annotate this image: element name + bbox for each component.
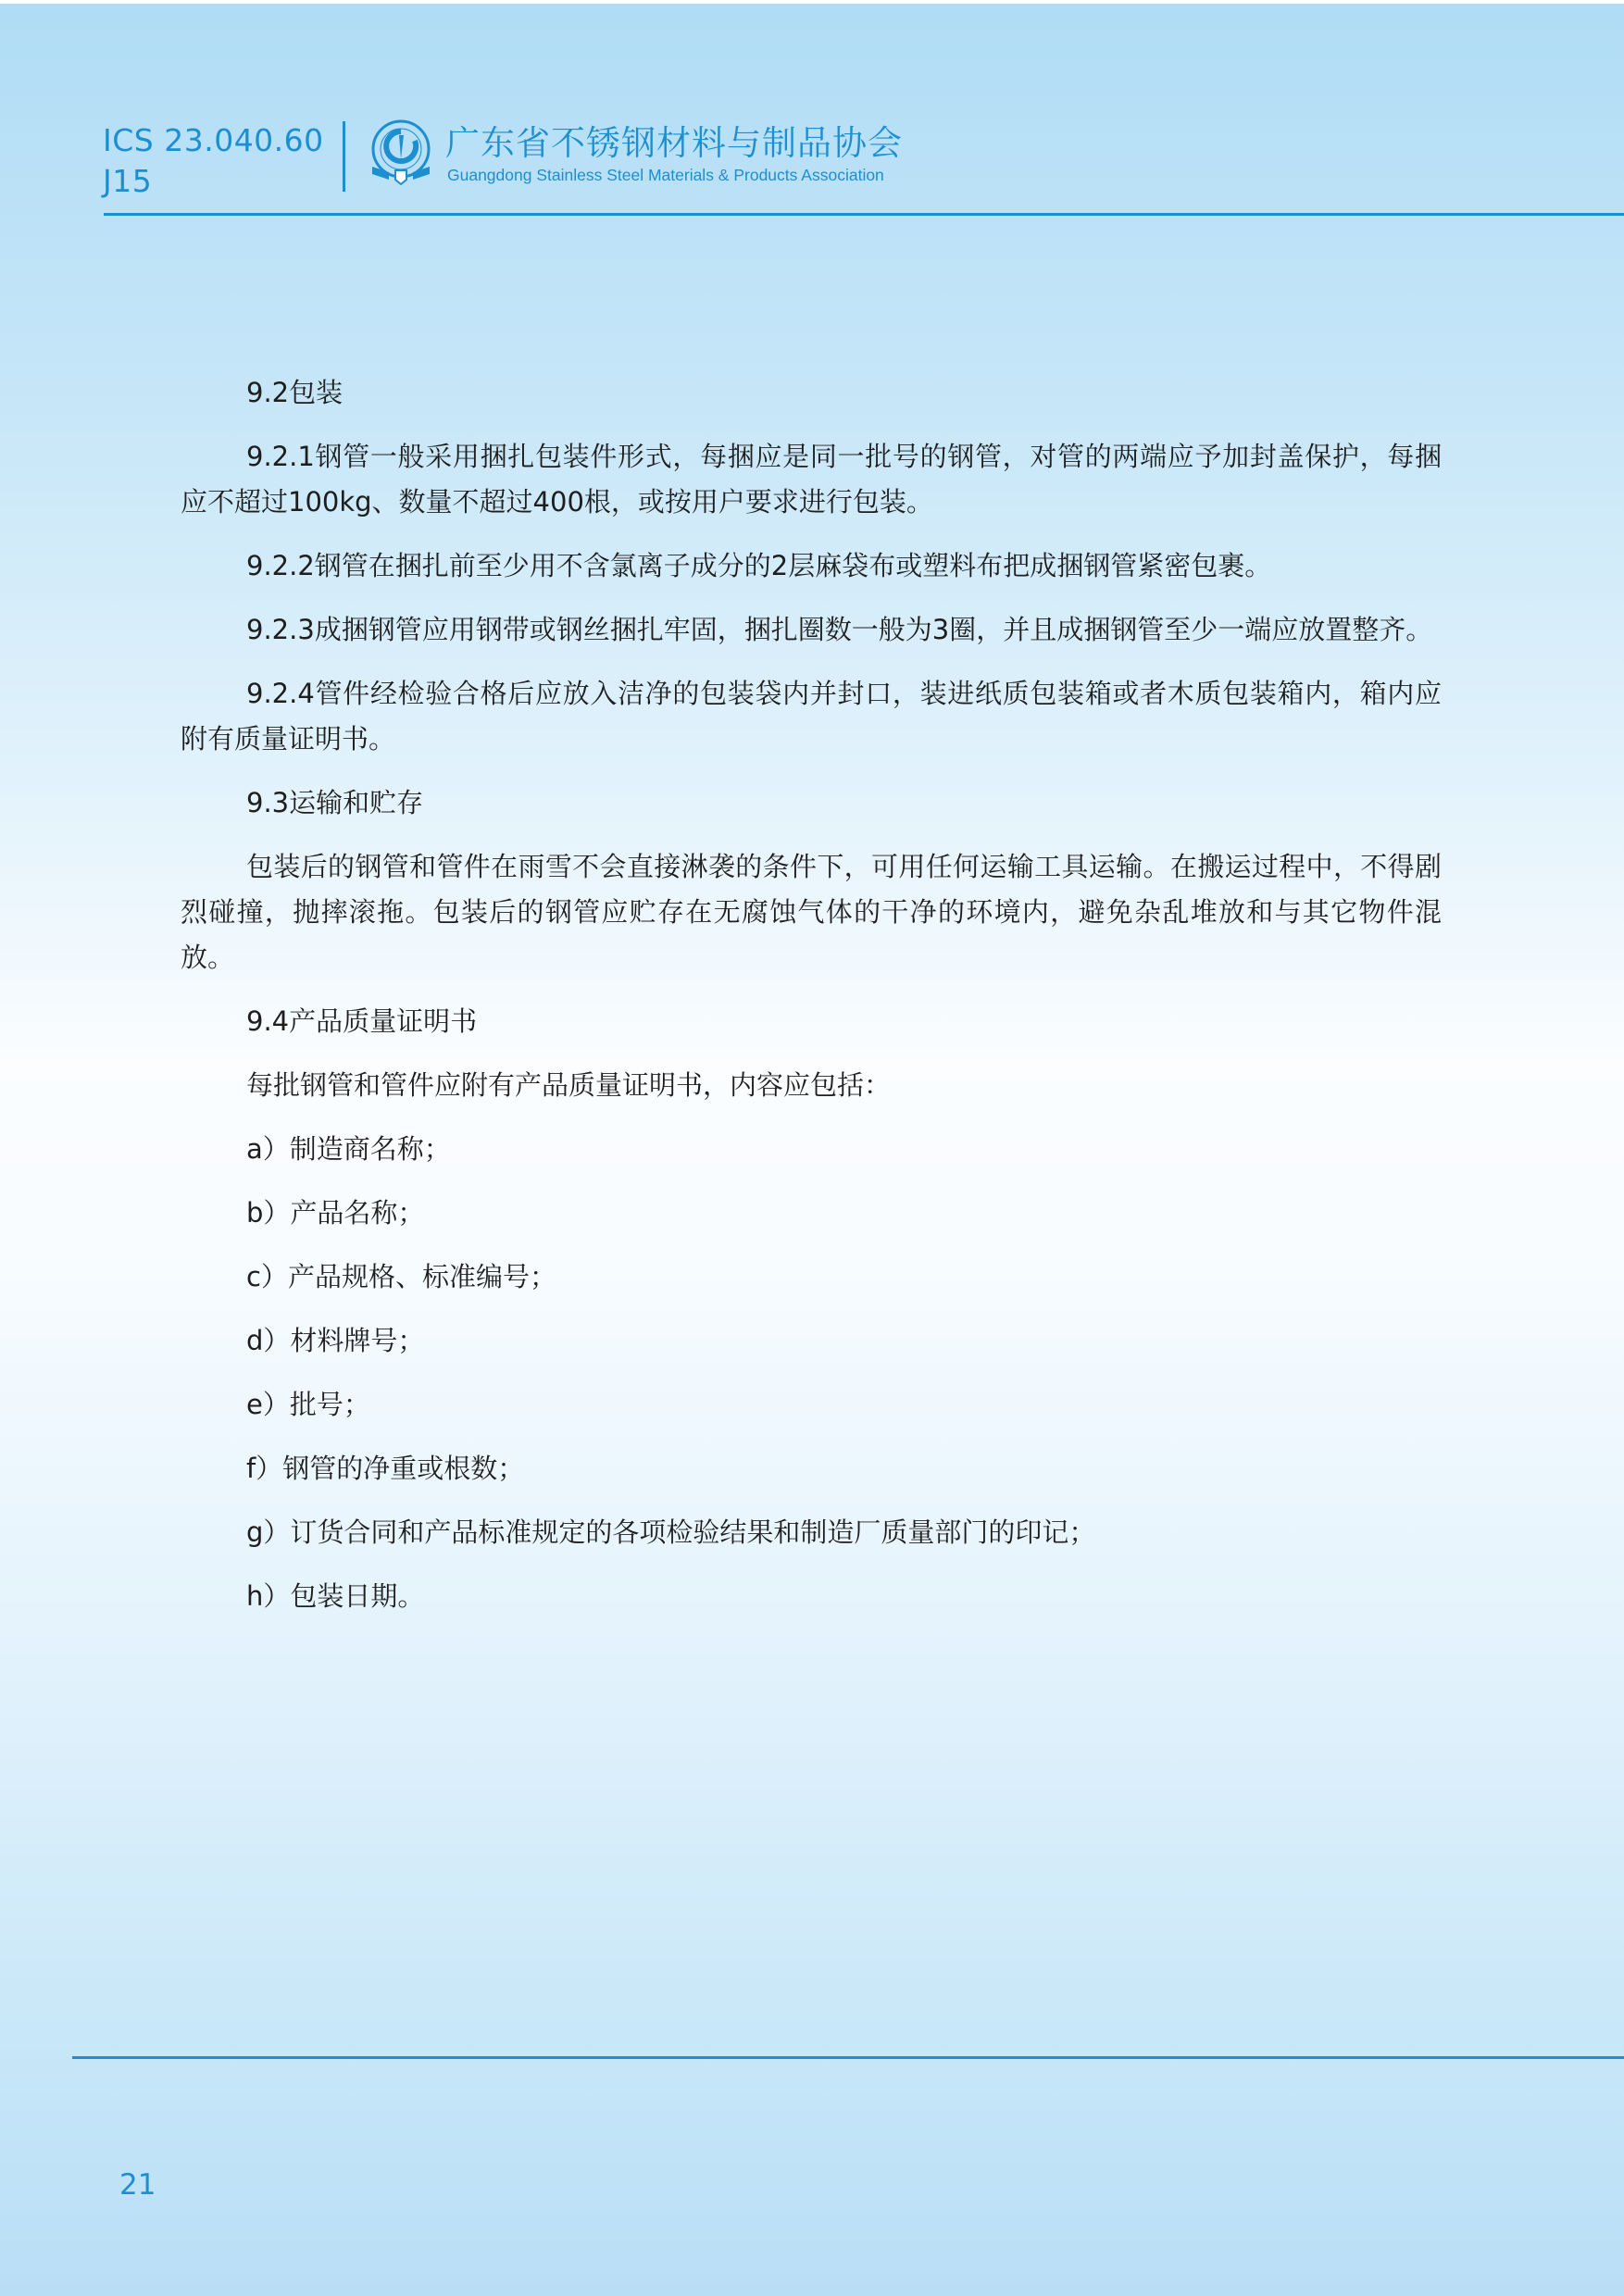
list-item: h）包装日期。 [181,1574,1442,1619]
document-body: 9.2包装 9.2.1钢管一般采用捆扎包装件形式，每捆应是同一批号的钢管，对管的… [181,370,1442,1638]
clause-9-2-4: 9.2.4管件经检验合格后应放入洁净的包装袋内并封口，装进纸质包装箱或者木质包装… [181,671,1442,762]
list-item: d）材料牌号； [181,1318,1442,1364]
clause-9-2-2: 9.2.2钢管在捆扎前至少用不含氯离子成分的2层麻袋布或塑料布把成捆钢管紧密包裹… [181,543,1442,589]
header-rule [104,213,1624,216]
classification-code: J15 [103,161,324,202]
association-name-cn: 广东省不锈钢材料与制品协会 [445,122,903,165]
clause-9-2-3: 9.2.3成捆钢管应用钢带或钢丝捆扎牢固，捆扎圈数一般为3圈，并且成捆钢管至少一… [181,607,1442,653]
list-item: a）制造商名称； [181,1127,1442,1172]
section-heading-9-2: 9.2包装 [181,370,1442,416]
footer-rule [72,2056,1624,2059]
page-header: ICS 23.040.60 J15 广东省不锈钢材料与制品协会 Guangdon… [0,0,1624,222]
clause-9-3-text: 包装后的钢管和管件在雨雪不会直接淋袭的条件下，可用任何运输工具运输。在搬运过程中… [181,844,1442,980]
list-item: c）产品规格、标准编号； [181,1254,1442,1300]
standard-codes: ICS 23.040.60 J15 [103,120,324,202]
clause-9-4-intro: 每批钢管和管件应附有产品质量证明书，内容应包括： [181,1063,1442,1108]
clause-9-2-1: 9.2.1钢管一般采用捆扎包装件形式，每捆应是同一批号的钢管，对管的两端应予加封… [181,434,1442,525]
section-heading-9-3: 9.3运输和贮存 [181,780,1442,826]
ics-code: ICS 23.040.60 [103,120,324,161]
section-heading-9-4: 9.4产品质量证明书 [181,999,1442,1044]
list-item: b）产品名称； [181,1191,1442,1236]
page-number: 21 [119,2166,156,2203]
association-name-en: Guangdong Stainless Steel Materials & Pr… [447,165,884,185]
list-item: e）批号； [181,1382,1442,1428]
association-emblem-icon [367,119,435,187]
header-divider [343,121,345,192]
list-item: g）订货合同和产品标准规定的各项检验结果和制造厂质量部门的印记； [181,1510,1442,1555]
list-item: f）钢管的净重或根数； [181,1446,1442,1491]
